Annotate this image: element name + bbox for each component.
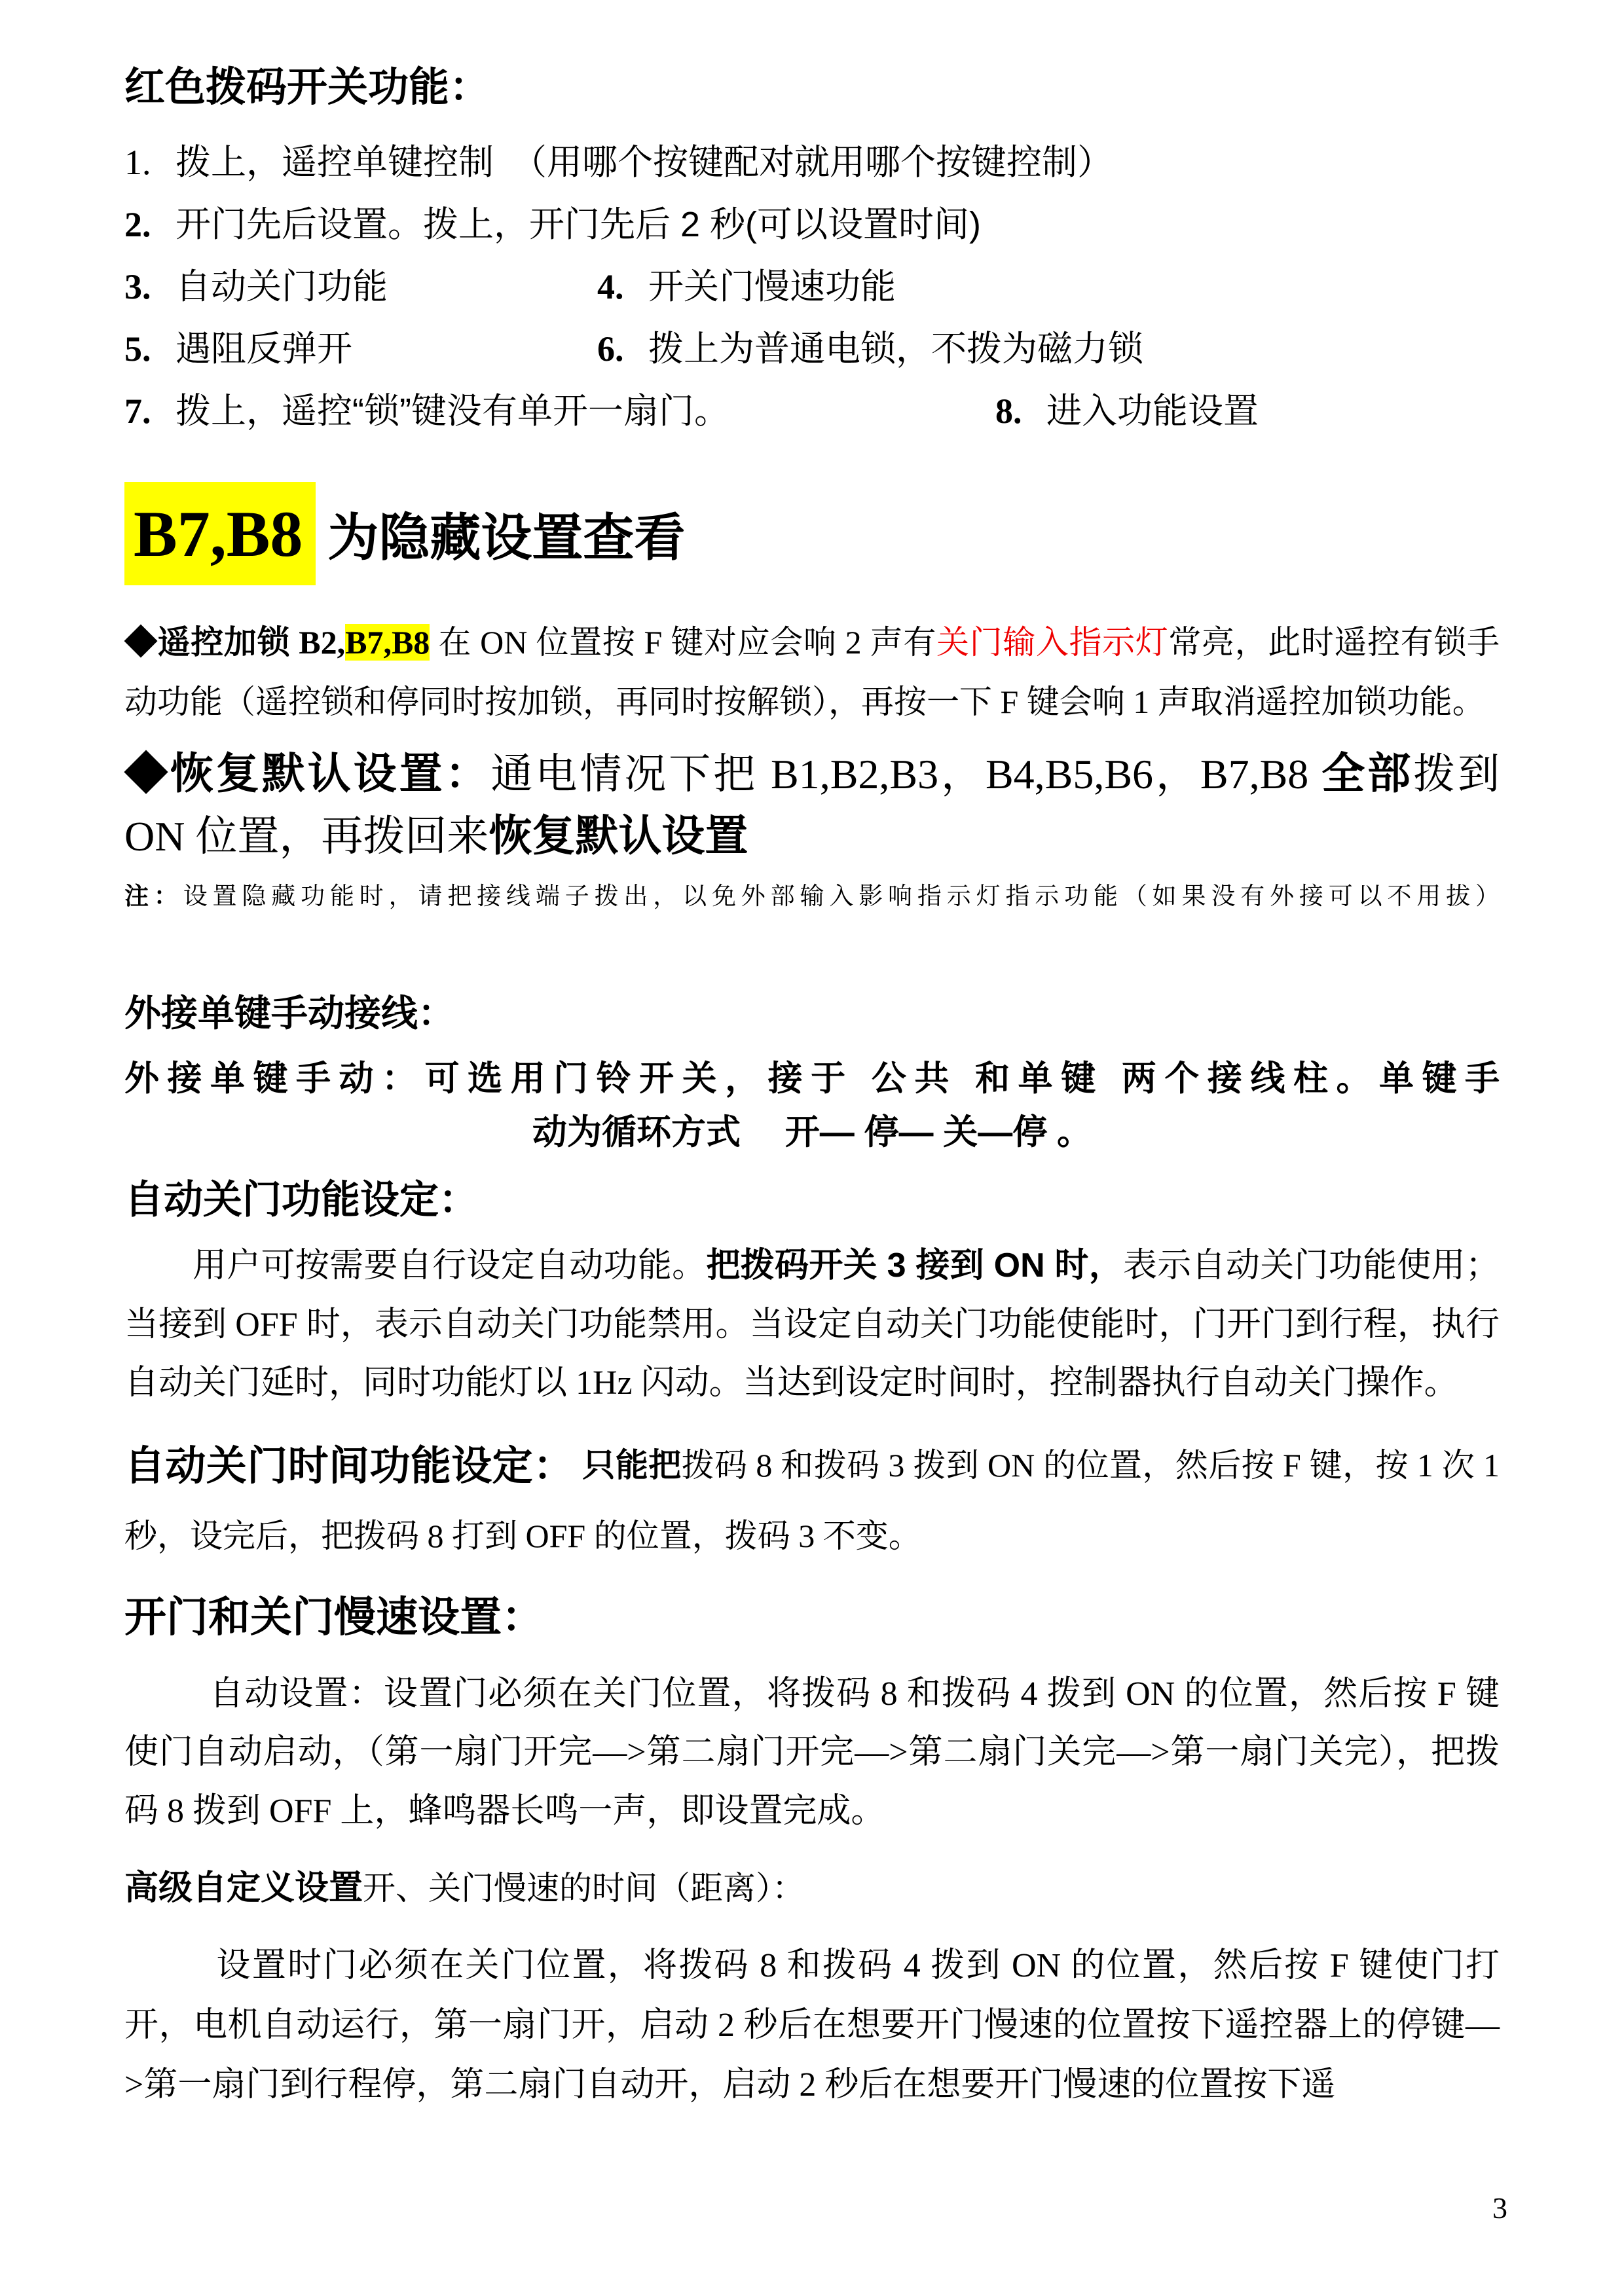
- list-row: 3.自动关门功能 4.开关门慢速功能: [124, 256, 1500, 318]
- item-text: 拨上，遥控“锁”键没有单开一扇门。: [175, 392, 729, 431]
- para-slow-auto-setting: 自动设置：设置门必须在关门位置，将拨码 8 和拨码 4 拨到 ON 的位置，然后…: [124, 1665, 1500, 1840]
- item-number: 4.: [597, 256, 648, 318]
- para-auto-close-time: 自动关门时间功能设定： 只能把拨码 8 和拨码 3 拨到 ON 的位置，然后按 …: [124, 1428, 1500, 1567]
- note-line: 注：设置隐藏功能时，请把接线端子拨出，以免外部输入影响指示灯指示功能（如果没有外…: [124, 880, 1500, 914]
- heading-external-wiring: 外接单键手动接线：: [124, 991, 1500, 1035]
- list-row: 7.拨上，遥控“锁”键没有单开一扇门。 8.进入功能设置: [124, 380, 1500, 443]
- item-number: 2.: [124, 194, 175, 256]
- heading-auto-close: 自动关门功能设定：: [124, 1176, 1500, 1224]
- dip-function-list: 1.拨上，遥控单键控制 （用哪个按键配对就用哪个按键控制） 2.开门先后设置。拨…: [124, 132, 1500, 443]
- item-number: 7.: [124, 380, 175, 443]
- advanced-custom-rest: 开、关门慢速的时间（距离）：: [363, 1870, 805, 1906]
- red-indicator-text: 关门输入指示灯: [936, 624, 1168, 661]
- page-number: 3: [1492, 2191, 1507, 2225]
- heading-hidden-settings-text: 为隐藏设置查看: [327, 497, 685, 570]
- restore-default-lead: ◆恢复默认设置：: [124, 749, 490, 797]
- advanced-custom-bold: 高级自定义设置: [124, 1869, 363, 1907]
- external-wiring-line1: 外接单键手动：可选用门铃开关，接于 公共 和单键 两个接线柱。单键手: [124, 1052, 1500, 1106]
- note-label: 注：: [124, 883, 183, 910]
- para-restore-default: ◆恢复默认设置：通电情况下把 B1,B2,B3，B4,B5,B6，B7,B8 全…: [124, 742, 1500, 867]
- item-text: 自动关门功能: [175, 267, 388, 306]
- item-text: 进入功能设置: [1046, 392, 1259, 431]
- document-page: 红色拨码开关功能： 1.拨上，遥控单键控制 （用哪个按键配对就用哪个按键控制） …: [0, 0, 1624, 2296]
- auto-close-lead: 用户可按需要自行设定自动功能。: [193, 1247, 706, 1285]
- heading-auto-close-time: 自动关门时间功能设定：: [124, 1444, 574, 1489]
- item-number: 8.: [995, 380, 1046, 443]
- para-slow-custom-setting: 设置时门必须在关门位置，将拨码 8 和拨码 4 拨到 ON 的位置，然后按 F …: [124, 1936, 1500, 2115]
- restore-default-emphasis: 恢复默认设置: [489, 811, 748, 860]
- list-row: 1.拨上，遥控单键控制 （用哪个按键配对就用哪个按键控制）: [124, 132, 1500, 194]
- list-row: 2.开门先后设置。拨上，开门先后 2 秒(可以设置时间): [124, 194, 1500, 256]
- remote-lock-text: 在 ON 位置按 F 键对应会响 2 声有: [430, 624, 936, 661]
- item-number: 3.: [124, 256, 175, 318]
- item-text: 开关门慢速功能: [648, 267, 896, 306]
- highlight-b7b8-inline: B7,B8: [345, 624, 430, 661]
- item-text: 拨上为普通电锁，不拨为磁力锁: [648, 329, 1143, 369]
- highlight-b7b8-label: B7,B8: [124, 482, 316, 585]
- item-text: 开门先后设置。拨上，开门先后 2 秒(可以设置时间): [175, 205, 981, 244]
- section-title-dip-functions: 红色拨码开关功能：: [124, 62, 1500, 113]
- item-text: 拨上，遥控单键控制 （用哪个按键配对就用哪个按键控制）: [175, 143, 1113, 182]
- external-wiring-line2: 动为循环方式 开— 停— 关—停 。: [124, 1106, 1500, 1159]
- heading-slow-speed: 开门和关门慢速设置：: [124, 1592, 1500, 1643]
- remote-lock-lead: ◆遥控加锁 B2,: [124, 624, 345, 661]
- line-advanced-custom: 高级自定义设置开、关门慢速的时间（距离）：: [124, 1863, 1500, 1914]
- item-text: 遇阻反弹开: [175, 329, 352, 369]
- heading-hidden-settings: B7,B8 为隐藏设置查看: [124, 482, 1500, 585]
- item-number: 6.: [597, 318, 648, 380]
- item-number: 5.: [124, 318, 175, 380]
- auto-close-bold: 把拨码开关 3 接到 ON 时，: [706, 1247, 1123, 1285]
- note-text: 设置隐藏功能时，请把接线端子拨出，以免外部输入影响指示灯指示功能（如果没有外接可…: [183, 883, 1500, 910]
- list-row: 5.遇阻反弹开 6.拨上为普通电锁，不拨为磁力锁: [124, 318, 1500, 380]
- item-number: 1.: [124, 132, 175, 194]
- restore-default-all: 全部: [1321, 749, 1413, 797]
- restore-default-text: 通电情况下把 B1,B2,B3，B4,B5,B6，B7,B8: [490, 751, 1321, 797]
- para-auto-close: 用户可按需要自行设定自动功能。把拨码开关 3 接到 ON 时，表示自动关门功能使…: [124, 1237, 1500, 1412]
- auto-close-time-bold: 只能把: [582, 1447, 681, 1484]
- para-remote-lock: ◆遥控加锁 B2,B7,B8 在 ON 位置按 F 键对应会响 2 声有关门输入…: [124, 613, 1500, 732]
